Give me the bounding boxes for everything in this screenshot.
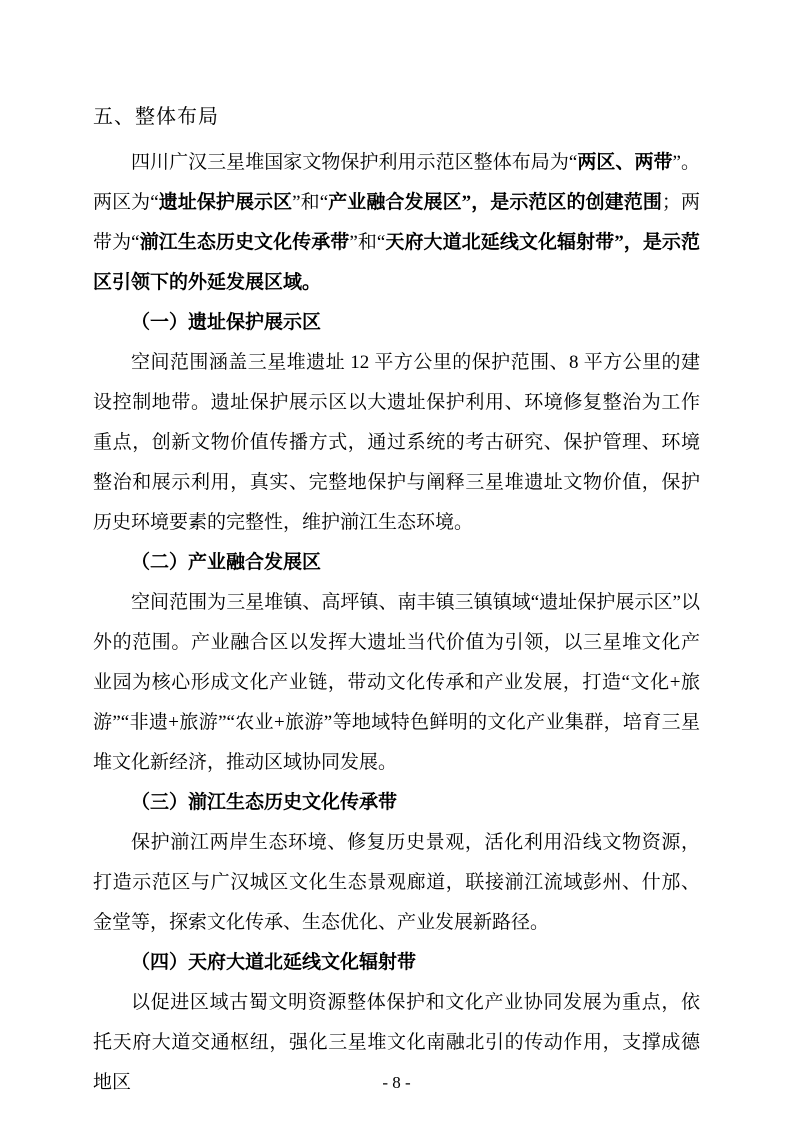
text-run: ”和“ — [292, 192, 328, 213]
page-number: - 8 - — [0, 1072, 793, 1094]
text-run: 产业融合发展区 — [328, 192, 462, 213]
text-run: ”，是示范区的创建范围 — [462, 192, 662, 213]
subsection-1-paragraph: 空间范围涵盖三星堆遗址 12 平方公里的保护范围、8 平方公里的建设控制地带。遗… — [93, 343, 700, 543]
chapter-heading: 五、整体布局 — [93, 97, 700, 137]
text-run: 湔江生态历史文化传承带 — [140, 232, 350, 253]
subsection-4-heading: （四）天府大道北延线文化辐射带 — [93, 943, 700, 983]
text-run: 天府大道北延线文化辐射带 — [385, 232, 614, 253]
subsection-2: （二）产业融合发展区 空间范围为三星堆镇、高坪镇、南丰镇三镇镇域“遗址保护展示区… — [93, 543, 700, 783]
text-run: 两区、两带 — [577, 152, 672, 173]
subsection-3-paragraph: 保护湔江两岸生态环境、修复历史景观，活化利用沿线文物资源，打造示范区与广汉城区文… — [93, 823, 700, 943]
subsection-2-paragraph: 空间范围为三星堆镇、高坪镇、南丰镇三镇镇域“遗址保护展示区”以外的范围。产业融合… — [93, 583, 700, 783]
subsection-1-heading: （一）遗址保护展示区 — [93, 303, 700, 343]
text-run: ”和“ — [349, 232, 385, 253]
subsection-2-heading: （二）产业融合发展区 — [93, 543, 700, 583]
subsection-3-heading: （三）湔江生态历史文化传承带 — [93, 783, 700, 823]
intro-paragraph: 四川广汉三星堆国家文物保护利用示范区整体布局为“两区、两带”。两区为“遗址保护展… — [93, 143, 700, 303]
document-page: 五、整体布局 四川广汉三星堆国家文物保护利用示范区整体布局为“两区、两带”。两区… — [0, 0, 793, 1122]
text-run: 遗址保护展示区 — [159, 192, 293, 213]
text-run: 四川广汉三星堆国家文物保护利用示范区整体布局为“ — [131, 152, 577, 173]
subsection-3: （三）湔江生态历史文化传承带 保护湔江两岸生态环境、修复历史景观，活化利用沿线文… — [93, 783, 700, 943]
subsection-1: （一）遗址保护展示区 空间范围涵盖三星堆遗址 12 平方公里的保护范围、8 平方… — [93, 303, 700, 543]
